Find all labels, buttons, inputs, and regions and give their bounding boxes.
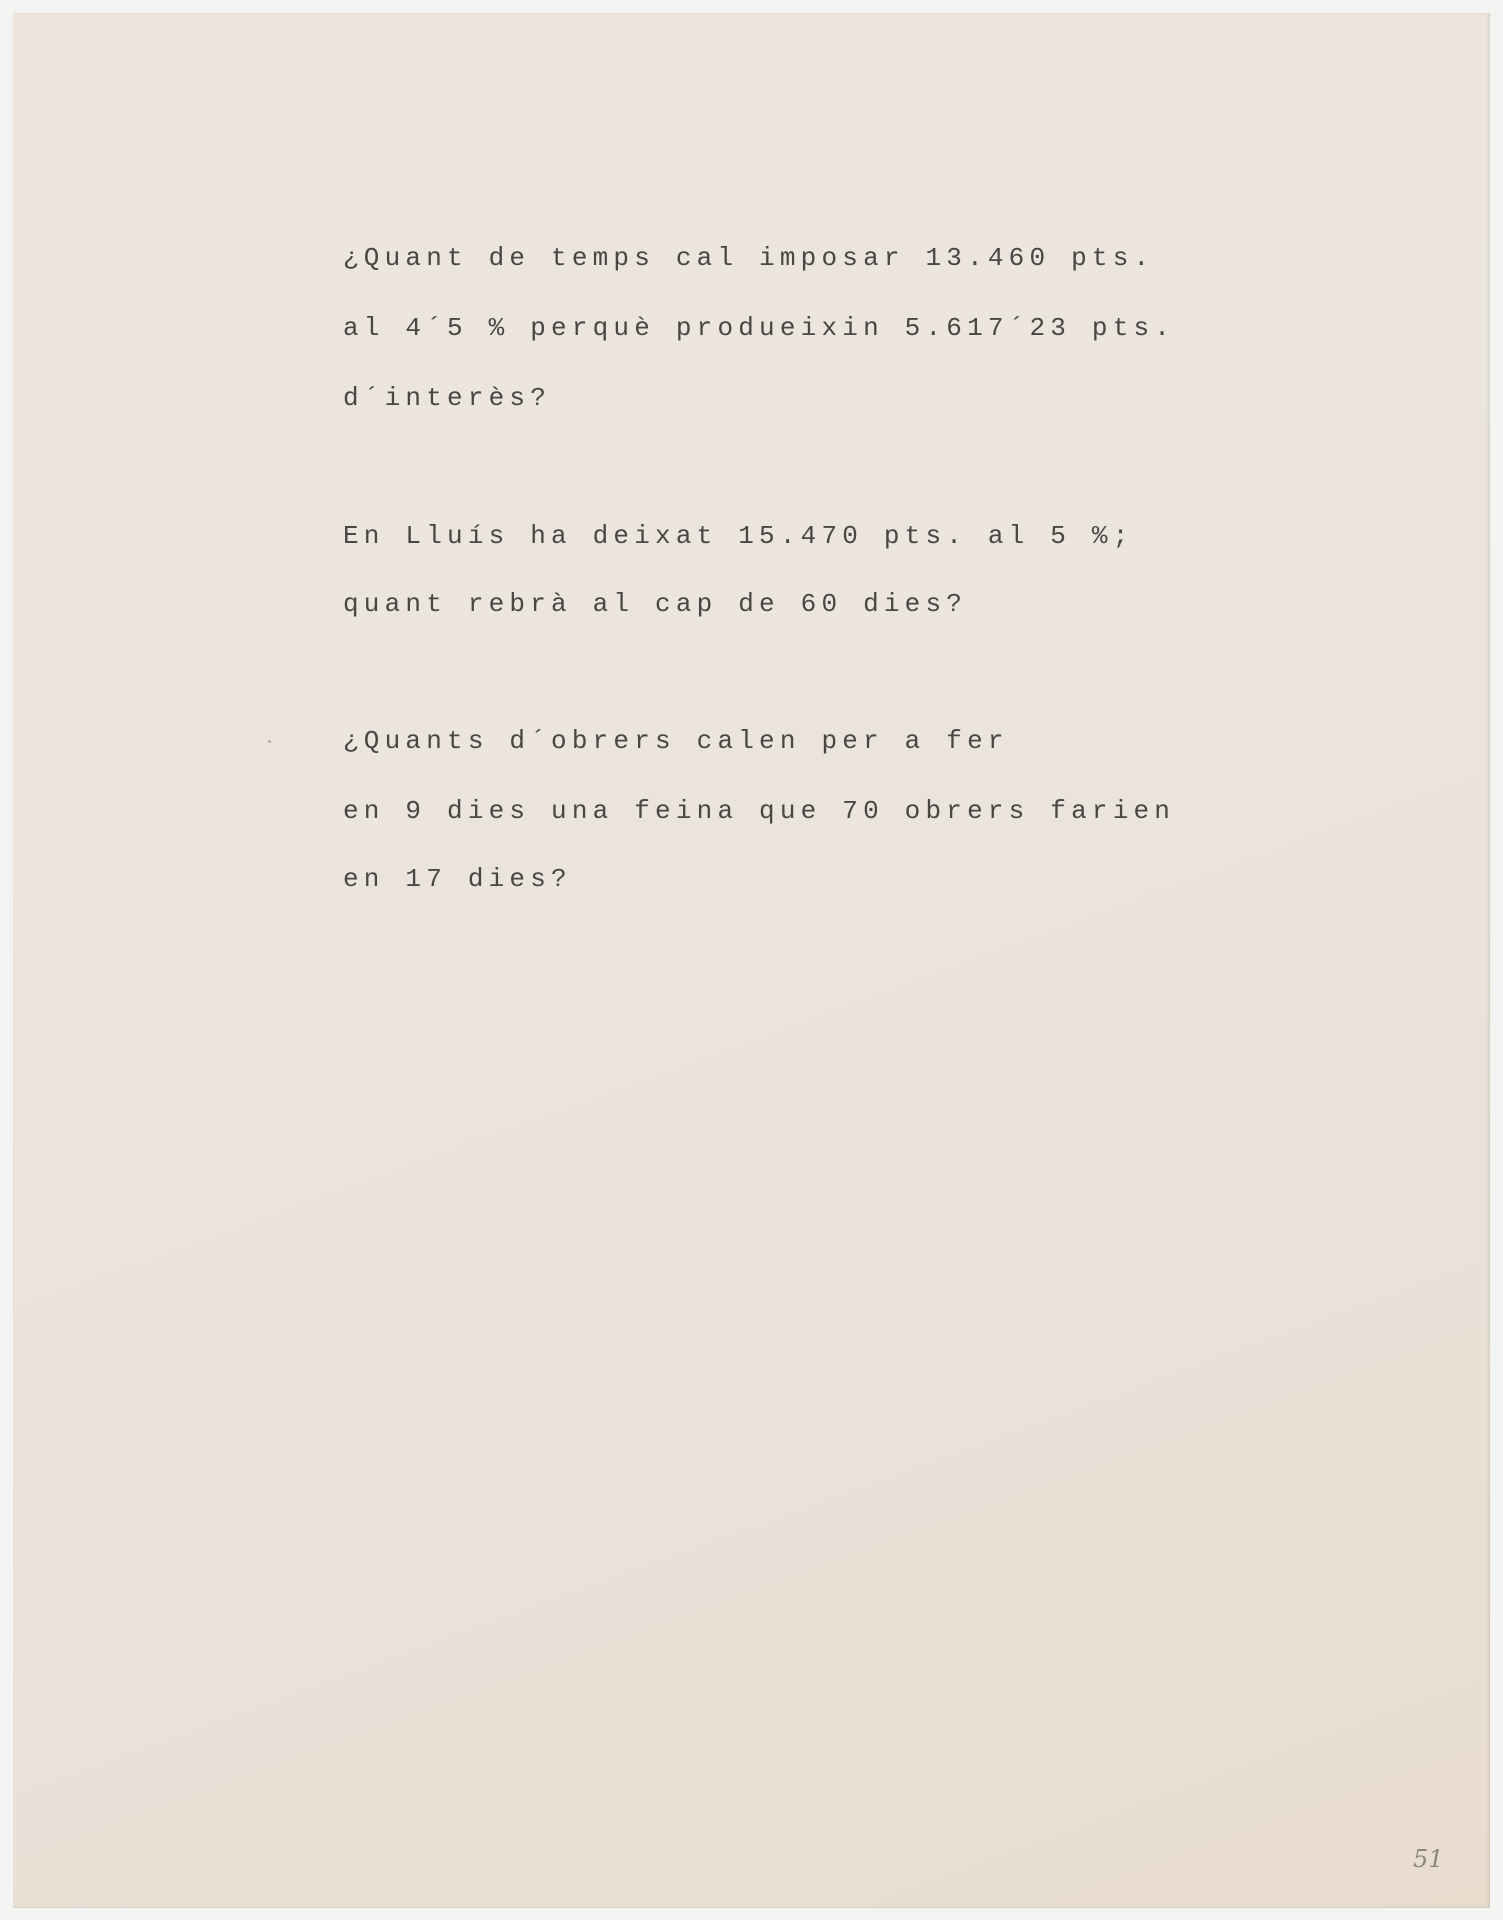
problem-1-line-3: d´interès?: [343, 385, 551, 411]
problem-3-line-1: ¿Quants d´obrers calen per a fer: [343, 728, 1009, 754]
problem-1-line-1: ¿Quant de temps cal imposar 13.460 pts.: [343, 245, 1154, 271]
problem-2-line-1: En Lluís ha deixat 15.470 pts. al 5 %;: [343, 523, 1134, 549]
typewritten-page: ¿Quant de temps cal imposar 13.460 pts. …: [13, 13, 1490, 1908]
problem-1-line-2: al 4´5 % perquè produeixin 5.617´23 pts.: [343, 315, 1175, 341]
paper-speck: [268, 740, 271, 743]
page-number: 51: [1413, 1845, 1444, 1873]
problem-2-line-2: quant rebrà al cap de 60 dies?: [343, 591, 967, 617]
problem-3-line-3: en 17 dies?: [343, 866, 572, 892]
problem-3-line-2: en 9 dies una feina que 70 obrers farien: [343, 798, 1175, 824]
